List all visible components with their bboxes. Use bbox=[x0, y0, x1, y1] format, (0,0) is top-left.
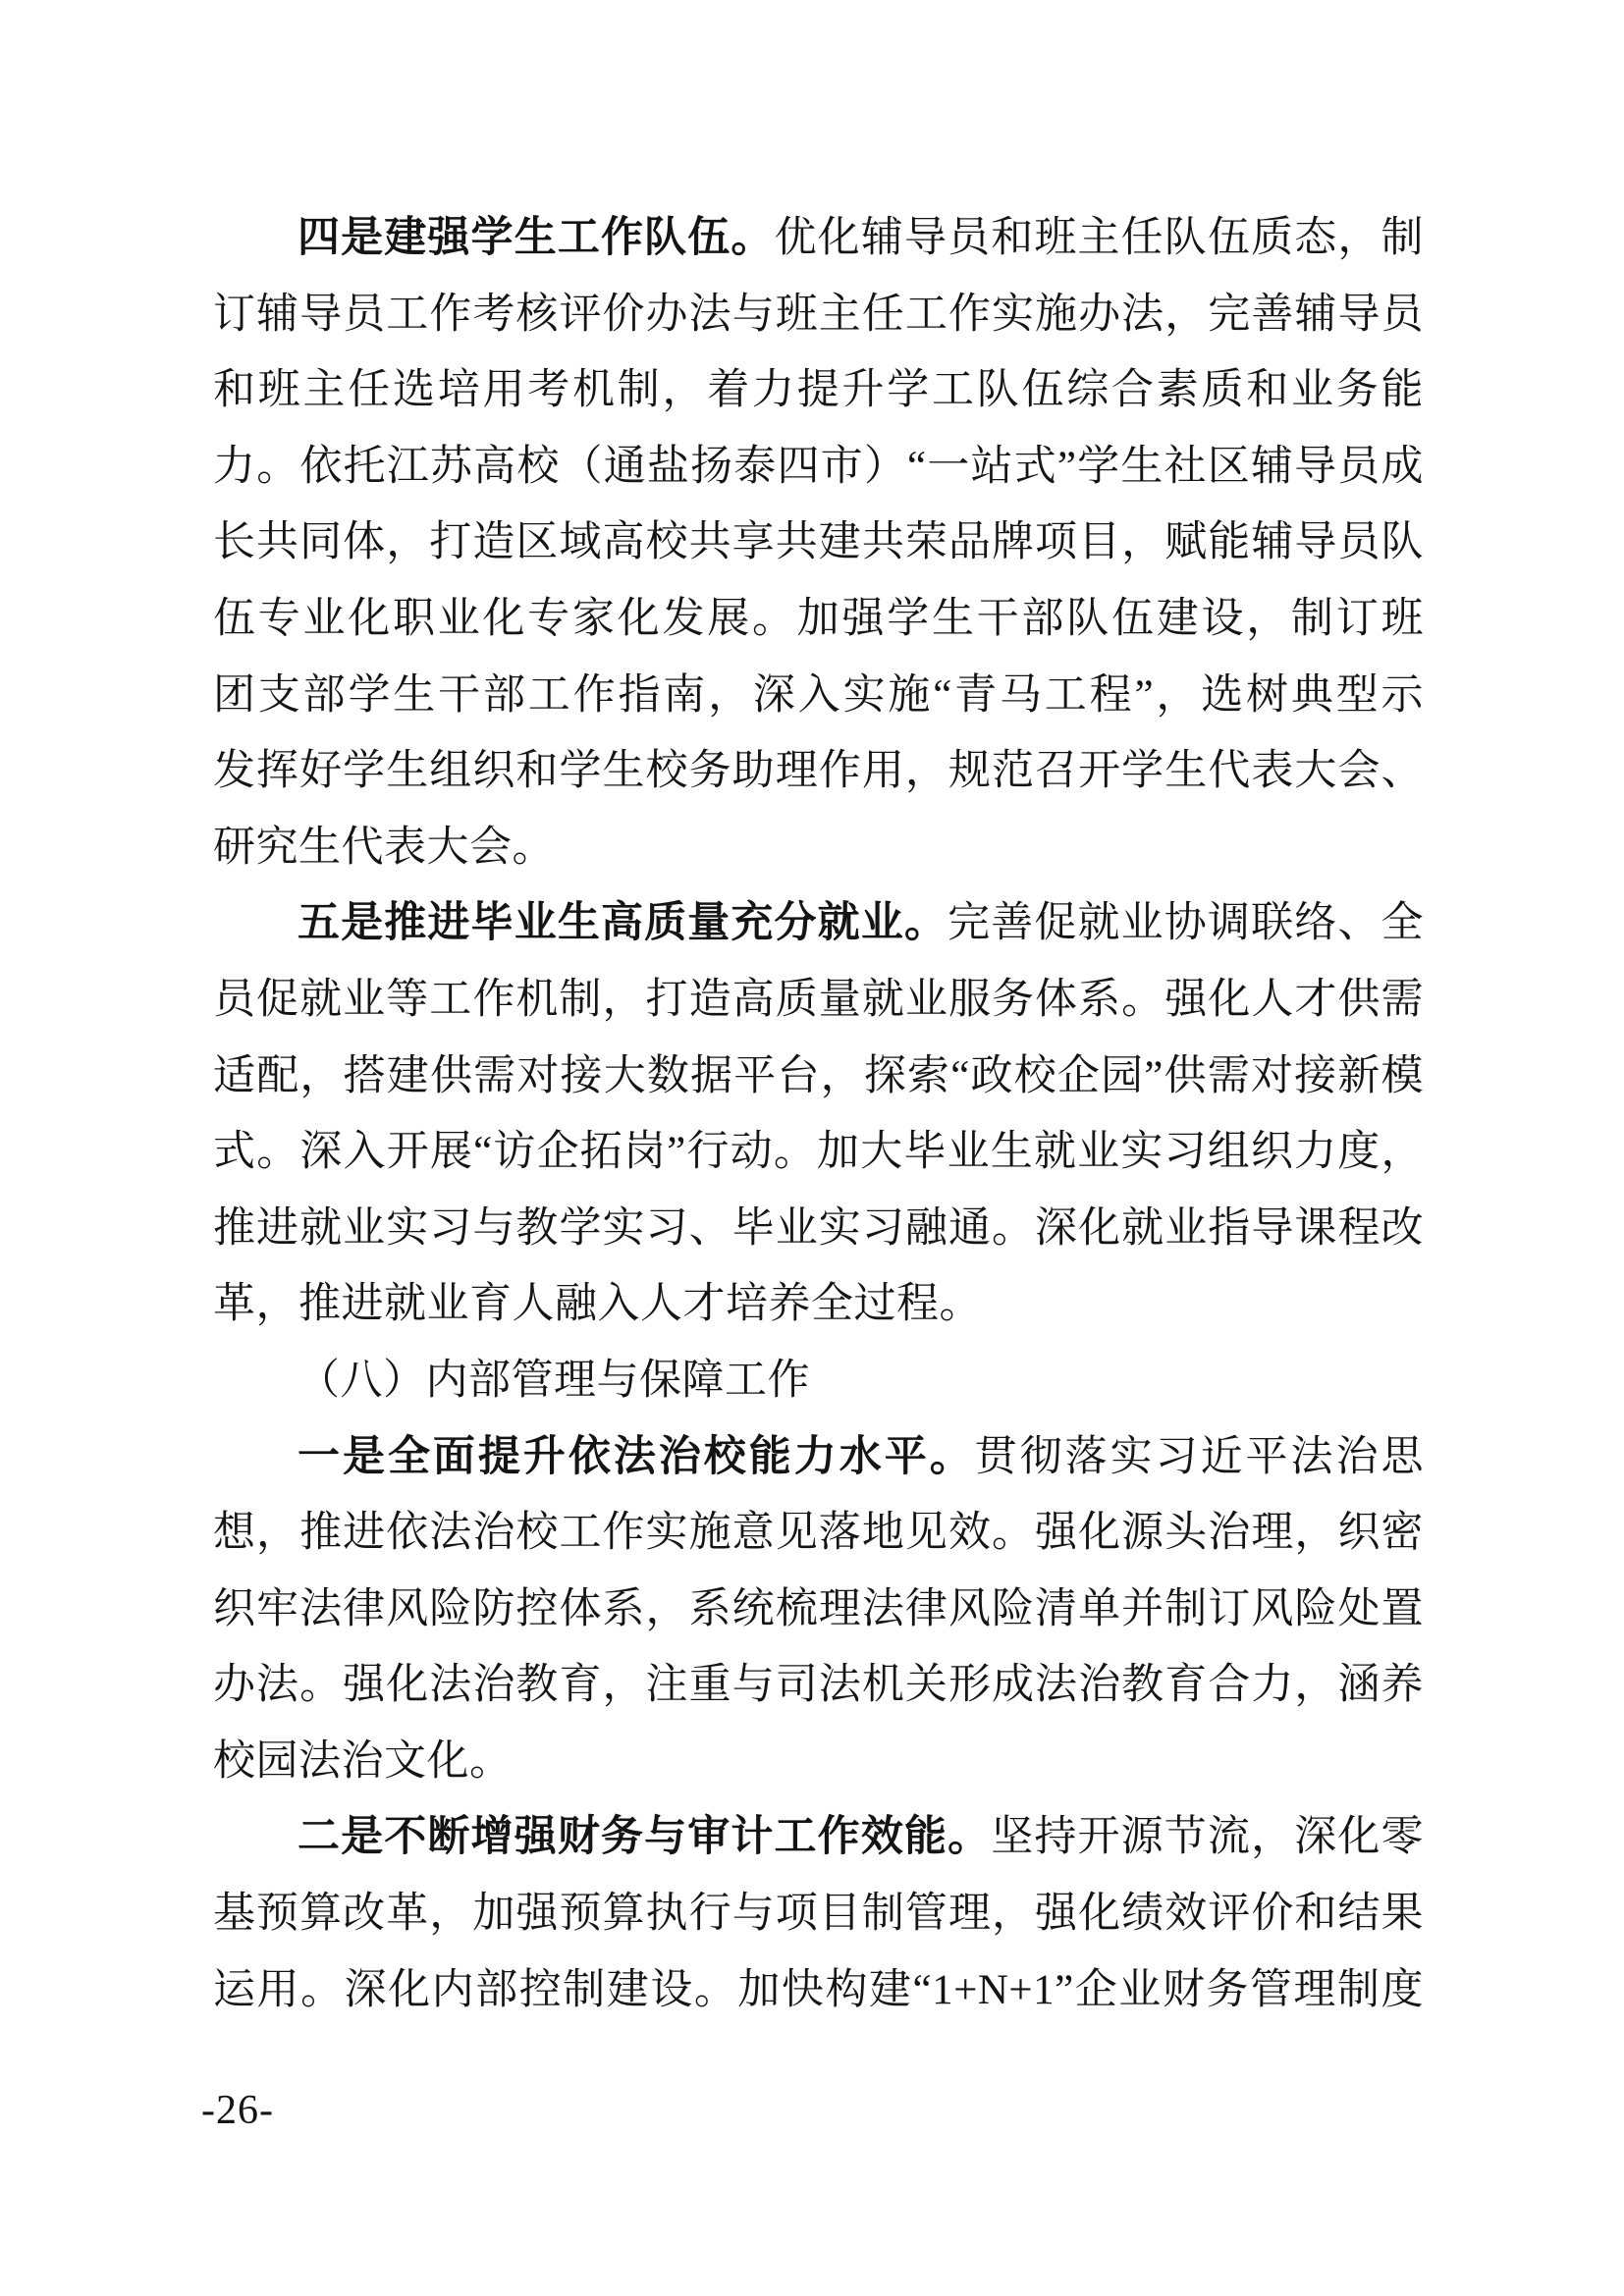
body-text: 适配，搭建供需对接大数据平台，探索“政校企园”供需对接新模 bbox=[213, 1053, 1424, 1099]
text-line: 校园法治文化。 bbox=[213, 1724, 1424, 1800]
text-line: 发挥好学生组织和学生校务助理作用，规范召开学生代表大会、 bbox=[213, 733, 1424, 810]
text-line: 办法。强化法治教育，注重与司法机关形成法治教育合力，涵养 bbox=[213, 1647, 1424, 1724]
text-line: 和班主任选培用考机制，着力提升学工队伍综合素质和业务能 bbox=[213, 352, 1424, 429]
body-text: 式。深入开展“访企拓岗”行动。加大毕业生就业实习组织力度， bbox=[213, 1129, 1424, 1175]
text-line: 式。深入开展“访企拓岗”行动。加大毕业生就业实习组织力度， bbox=[213, 1114, 1424, 1191]
body-text: 基预算改革，加强预算执行与项目制管理，强化绩效评价和结果 bbox=[213, 1891, 1424, 1937]
document-body: 四是建强学生工作队伍。优化辅导员和班主任队伍质态，制订辅导员工作考核评价办法与班… bbox=[213, 200, 1424, 2028]
text-line: 运用。深化内部控制建设。加快构建“1+N+1”企业财务管理制度 bbox=[213, 1952, 1424, 2029]
text-line: 订辅导员工作考核评价办法与班主任工作实施办法，完善辅导员 bbox=[213, 277, 1424, 353]
section-heading: （八）内部管理与保障工作 bbox=[213, 1343, 1424, 1419]
body-text: 织牢法律风险防控体系，系统梳理法律风险清单并制订风险处置 bbox=[213, 1586, 1424, 1632]
bold-lead-text: 五是推进毕业生高质量充分就业。 bbox=[298, 900, 947, 946]
body-text: 校园法治文化。 bbox=[213, 1738, 513, 1785]
text-line: 团支部学生干部工作指南，深入实施“青马工程”，选树典型示范， bbox=[213, 658, 1424, 734]
body-text: （八）内部管理与保障工作 bbox=[298, 1358, 810, 1404]
text-line: 织牢法律风险防控体系，系统梳理法律风险清单并制订风险处置 bbox=[213, 1572, 1424, 1648]
text-line: 五是推进毕业生高质量充分就业。完善促就业协调联络、全 bbox=[213, 885, 1424, 962]
body-text: 革，推进就业育人融入人才培养全过程。 bbox=[213, 1281, 982, 1327]
body-text: 办法。强化法治教育，注重与司法机关形成法治教育合力，涵养 bbox=[213, 1662, 1424, 1708]
bold-lead-text: 二是不断增强财务与审计工作效能。 bbox=[298, 1814, 991, 1860]
text-line: 二是不断增强财务与审计工作效能。坚持开源节流，深化零 bbox=[213, 1799, 1424, 1876]
text-line: 伍专业化职业化专家化发展。加强学生干部队伍建设，制订班级、 bbox=[213, 581, 1424, 658]
text-line: 研究生代表大会。 bbox=[213, 810, 1424, 886]
text-line: 员促就业等工作机制，打造高质量就业服务体系。强化人才供需 bbox=[213, 962, 1424, 1039]
body-text: 发挥好学生组织和学生校务助理作用，规范召开学生代表大会、 bbox=[213, 748, 1424, 794]
body-text: 研究生代表大会。 bbox=[213, 825, 555, 871]
body-text: 力。依托江苏高校（通盐扬泰四市）“一站式”学生社区辅导员成 bbox=[213, 444, 1424, 490]
body-text: 订辅导员工作考核评价办法与班主任工作实施办法，完善辅导员 bbox=[213, 292, 1424, 338]
text-line: 适配，搭建供需对接大数据平台，探索“政校企园”供需对接新模 bbox=[213, 1039, 1424, 1115]
body-text: 推进就业实习与教学实习、毕业实习融通。深化就业指导课程改 bbox=[213, 1205, 1424, 1252]
text-line: 四是建强学生工作队伍。优化辅导员和班主任队伍质态，制 bbox=[213, 200, 1424, 277]
text-line: 长共同体，打造区域高校共享共建共荣品牌项目，赋能辅导员队 bbox=[213, 505, 1424, 581]
text-line: 力。依托江苏高校（通盐扬泰四市）“一站式”学生社区辅导员成 bbox=[213, 429, 1424, 506]
body-text: 贯彻落实习近平法治思 bbox=[975, 1434, 1424, 1480]
bold-lead-text: 四是建强学生工作队伍。 bbox=[298, 215, 775, 261]
document-page: 四是建强学生工作队伍。优化辅导员和班主任队伍质态，制订辅导员工作考核评价办法与班… bbox=[0, 0, 1624, 2296]
body-text: 长共同体，打造区域高校共享共建共荣品牌项目，赋能辅导员队 bbox=[213, 519, 1424, 565]
body-text: 团支部学生干部工作指南，深入实施“青马工程”，选树典型示范， bbox=[213, 672, 1424, 734]
bold-lead-text: 一是全面提升依法治校能力水平。 bbox=[298, 1434, 975, 1480]
body-text: 运用。深化内部控制建设。加快构建“1+N+1”企业财务管理制度 bbox=[213, 1967, 1424, 2013]
body-text: 员促就业等工作机制，打造高质量就业服务体系。强化人才供需 bbox=[213, 977, 1424, 1023]
page-number: -26- bbox=[201, 2083, 274, 2138]
text-line: 推进就业实习与教学实习、毕业实习融通。深化就业指导课程改 bbox=[213, 1191, 1424, 1267]
body-text: 优化辅导员和班主任队伍质态，制 bbox=[775, 215, 1424, 261]
text-line: 想，推进依法治校工作实施意见落地见效。强化源头治理，织密 bbox=[213, 1495, 1424, 1572]
text-line: 一是全面提升依法治校能力水平。贯彻落实习近平法治思 bbox=[213, 1419, 1424, 1496]
body-text: 坚持开源节流，深化零 bbox=[991, 1814, 1424, 1860]
text-line: 基预算改革，加强预算执行与项目制管理，强化绩效评价和结果 bbox=[213, 1876, 1424, 1952]
text-line: 革，推进就业育人融入人才培养全过程。 bbox=[213, 1266, 1424, 1343]
body-text: 想，推进依法治校工作实施意见落地见效。强化源头治理，织密 bbox=[213, 1510, 1424, 1556]
body-text: 伍专业化职业化专家化发展。加强学生干部队伍建设，制订班级、 bbox=[213, 596, 1424, 658]
body-text: 完善促就业协调联络、全 bbox=[947, 900, 1424, 946]
body-text: 和班主任选培用考机制，着力提升学工队伍综合素质和业务能 bbox=[213, 367, 1424, 413]
